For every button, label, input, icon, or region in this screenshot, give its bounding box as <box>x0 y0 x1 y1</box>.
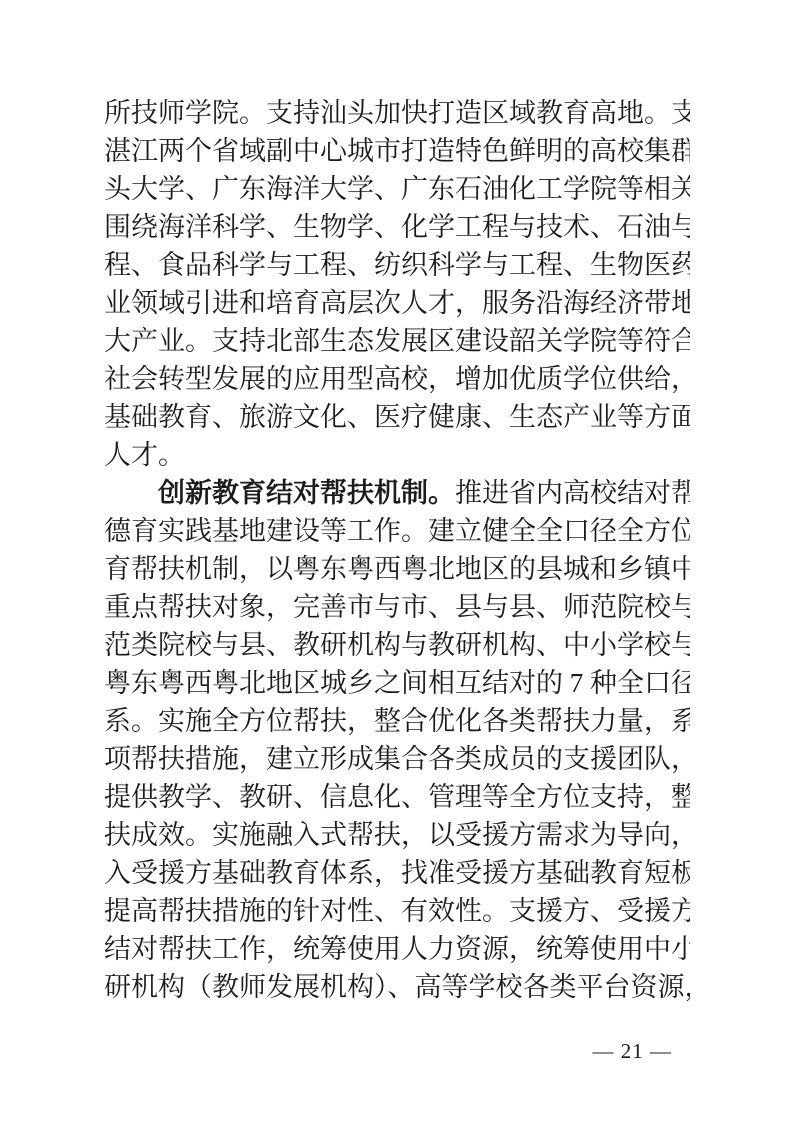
text-line: 社会转型发展的应用型高校，增加优质学位供给，着力培养 <box>104 360 690 398</box>
text-run: 项帮扶措施，建立形成集合各类成员的支援团队，为受援方 <box>104 744 690 774</box>
text-line: 业领域引进和培育高层次人才，服务沿海经济带地区承接重 <box>104 284 690 322</box>
text-line: 创新教育结对帮扶机制。推进省内高校结对帮扶、高校 <box>104 474 690 512</box>
text-run: 大产业。支持北部生态发展区建设韶关学院等符合区域经济 <box>104 326 690 356</box>
text-run: 基础教育、旅游文化、医疗健康、生态产业等方面的高素质 <box>104 402 690 432</box>
text-run: 育帮扶机制，以粤东粤西粤北地区的县城和乡镇中小学校为 <box>104 554 690 584</box>
text-line: 程、食品科学与工程、纺织科学与工程、生物医药等学科专 <box>104 246 690 284</box>
text-line: 育帮扶机制，以粤东粤西粤北地区的县城和乡镇中小学校为 <box>104 550 690 588</box>
paragraph: 所技师学院。支持汕头加快打造区域教育高地。支持汕头、湛江两个省域副中心城市打造特… <box>104 94 690 474</box>
document-page: 所技师学院。支持汕头加快打造区域教育高地。支持汕头、湛江两个省域副中心城市打造特… <box>0 0 793 1122</box>
text-run: 德育实践基地建设等工作。建立健全全口径全方位融入式教 <box>104 516 690 546</box>
text-run: 业领域引进和培育高层次人才，服务沿海经济带地区承接重 <box>104 288 690 318</box>
text-run: 推进省内高校结对帮扶、高校 <box>455 478 690 508</box>
text-run: 重点帮扶对象，完善市与市、县与县、师范院校与市、非师 <box>104 592 690 622</box>
text-line: 德育实践基地建设等工作。建立健全全口径全方位融入式教 <box>104 512 690 550</box>
text-line: 范类院校与县、教研机构与教研机构、中小学校与中小学校、 <box>104 626 690 664</box>
page-number: — 21 — <box>593 1038 673 1064</box>
text-line: 研机构（教师发展机构）、高等学校各类平台资源，形成高 <box>104 968 690 1006</box>
text-run: 系。实施全方位帮扶，整合优化各类帮扶力量，系统集成各 <box>104 706 690 736</box>
text-run: 所技师学院。支持汕头加快打造区域教育高地。支持汕头、 <box>104 98 690 128</box>
text-line: 头大学、广东海洋大学、广东石油化工学院等相关高校重点 <box>104 170 690 208</box>
paragraph: 创新教育结对帮扶机制。推进省内高校结对帮扶、高校德育实践基地建设等工作。建立健全… <box>104 474 690 1006</box>
text-line: 湛江两个省域副中心城市打造特色鲜明的高校集群，推进汕 <box>104 132 690 170</box>
text-line: 大产业。支持北部生态发展区建设韶关学院等符合区域经济 <box>104 322 690 360</box>
text-run: 结对帮扶工作，统筹使用人力资源，统筹使用中小学校、教 <box>104 934 690 964</box>
text-run: 研机构（教师发展机构）、高等学校各类平台资源，形成高 <box>104 972 690 1002</box>
text-run: 头大学、广东海洋大学、广东石油化工学院等相关高校重点 <box>104 174 690 204</box>
document-body: 所技师学院。支持汕头加快打造区域教育高地。支持汕头、湛江两个省域副中心城市打造特… <box>104 94 690 1006</box>
text-run: 提供教学、教研、信息化、管理等全方位支持，整体提升帮 <box>104 782 690 812</box>
text-run: 扶成效。实施融入式帮扶，以受援方需求为导向，支援方融 <box>104 820 690 850</box>
text-line: 围绕海洋科学、生物学、化学工程与技术、石油与天然气工 <box>104 208 690 246</box>
text-run: 人才。 <box>104 440 185 470</box>
text-line: 人才。 <box>104 436 690 474</box>
text-run: 粤东粤西粤北地区城乡之间相互结对的 7 种全口径结对关 <box>104 668 690 698</box>
text-line: 扶成效。实施融入式帮扶，以受援方需求为导向，支援方融 <box>104 816 690 854</box>
text-line: 提供教学、教研、信息化、管理等全方位支持，整体提升帮 <box>104 778 690 816</box>
bold-heading-run: 创新教育结对帮扶机制。 <box>158 478 455 508</box>
text-line: 粤东粤西粤北地区城乡之间相互结对的 7 种全口径结对关 <box>104 664 690 702</box>
text-line: 所技师学院。支持汕头加快打造区域教育高地。支持汕头、 <box>104 94 690 132</box>
text-line: 结对帮扶工作，统筹使用人力资源，统筹使用中小学校、教 <box>104 930 690 968</box>
text-line: 重点帮扶对象，完善市与市、县与县、师范院校与市、非师 <box>104 588 690 626</box>
text-run: 围绕海洋科学、生物学、化学工程与技术、石油与天然气工 <box>104 212 690 242</box>
text-line: 基础教育、旅游文化、医疗健康、生态产业等方面的高素质 <box>104 398 690 436</box>
text-run: 范类院校与县、教研机构与教研机构、中小学校与中小学校、 <box>104 630 690 660</box>
text-line: 入受援方基础教育体系，找准受援方基础教育短板、弱项， <box>104 854 690 892</box>
text-line: 项帮扶措施，建立形成集合各类成员的支援团队，为受援方 <box>104 740 690 778</box>
text-run: 社会转型发展的应用型高校，增加优质学位供给，着力培养 <box>104 364 690 394</box>
text-run: 提高帮扶措施的针对性、有效性。支援方、受援方共同推进 <box>104 896 690 926</box>
text-line: 提高帮扶措施的针对性、有效性。支援方、受援方共同推进 <box>104 892 690 930</box>
text-run: 程、食品科学与工程、纺织科学与工程、生物医药等学科专 <box>104 250 690 280</box>
text-run: 湛江两个省域副中心城市打造特色鲜明的高校集群，推进汕 <box>104 136 690 166</box>
text-line: 系。实施全方位帮扶，整合优化各类帮扶力量，系统集成各 <box>104 702 690 740</box>
text-run: 入受援方基础教育体系，找准受援方基础教育短板、弱项， <box>104 858 690 888</box>
